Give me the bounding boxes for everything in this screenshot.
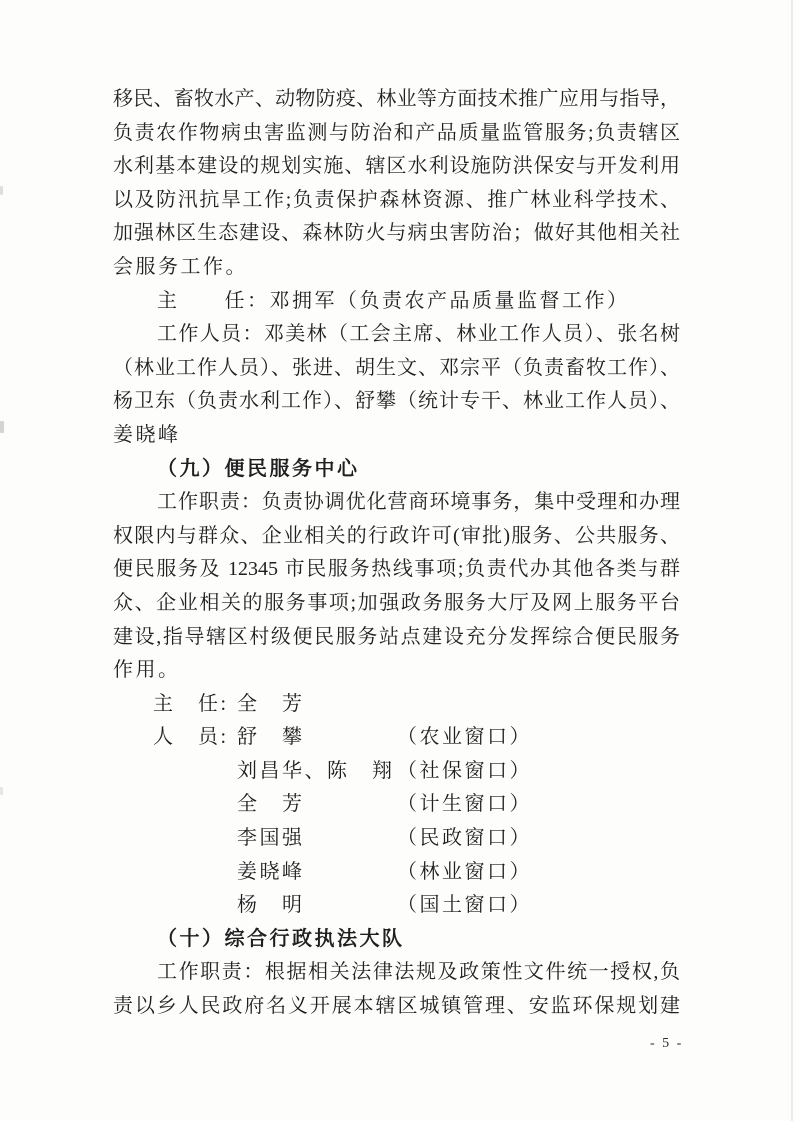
roster-row: 李国强 （民政窗口） [113,822,680,856]
section-heading-10: （十）综合行政执法大队 [113,923,680,957]
staff-line: 工作人员：邓美林（工会主席、林业工作人员）、张名树 [113,318,680,352]
roster-row: 姜晓峰 （林业窗口） [113,856,680,890]
body-line: 水利基本建设的规划实施、辖区水利设施防洪保安与开发利用 [113,150,680,184]
body-line: 建设,指导辖区村级便民服务站点建设充分发挥综合便民服务 [113,621,680,655]
roster-row: 全 芳 （计生窗口） [113,788,680,822]
roster-name: 姜晓峰 [237,856,397,890]
roster-window [397,688,680,722]
section-heading-9: （九）便民服务中心 [113,453,680,487]
roster-name: 李国强 [237,822,397,856]
roster-row: 刘昌华、陈 翔 （社保窗口） [113,755,680,789]
text-block: 移民、畜牧水产、动物防疫、林业等方面技术推广应用与指导， 负责农作物病虫害监测与… [113,83,680,1024]
page-number: - 5 - [650,1036,683,1052]
roster-label: 人 员: [153,721,237,755]
scan-artifact [0,421,4,433]
body-line: 作用。 [113,654,680,688]
body-line: 众、企业相关的服务事项;加强政务服务大厅及网上服务平台 [113,587,680,621]
roster-row: 杨 明 （国土窗口） [113,889,680,923]
roster-row: 人 员: 舒 攀 （农业窗口） [113,721,680,755]
roster-name: 刘昌华、陈 翔 [237,755,397,789]
body-line: 工作职责：负责协调优化营商环境事务，集中受理和办理 [113,486,680,520]
body-line: 会服务工作。 [113,251,680,285]
roster-name: 杨 明 [237,889,397,923]
director-line: 主 任：邓拥军（负责农产品质量监督工作） [113,285,680,319]
document-page: 移民、畜牧水产、动物防疫、林业等方面技术推广应用与指导， 负责农作物病虫害监测与… [0,0,793,1121]
body-line: 负责农作物病虫害监测与防治和产品质量监管服务;负责辖区 [113,117,680,151]
roster-label: 主 任: [153,688,237,722]
body-line: 移民、畜牧水产、动物防疫、林业等方面技术推广应用与指导， [113,83,680,117]
roster-window: （林业窗口） [397,856,680,890]
body-line: 加强林区生态建设、森林防火与病虫害防治；做好其他相关社 [113,217,680,251]
roster-row: 主 任: 全 芳 [113,688,680,722]
body-line: 权限内与群众、企业相关的行政许可(审批)服务、公共服务、 [113,520,680,554]
body-line: 工作职责：根据相关法律法规及政策性文件统一授权,负 [113,956,680,990]
roster-name: 舒 攀 [237,721,397,755]
roster-name: 全 芳 [237,688,397,722]
roster-window: （国土窗口） [397,889,680,923]
roster-label [153,755,237,789]
body-line: 便民服务及 12345 市民服务热线事项;负责代办其他各类与群 [113,553,680,587]
roster-name: 全 芳 [237,788,397,822]
roster-label [153,889,237,923]
scan-artifact [0,787,3,795]
body-line: 责以乡人民政府名义开展本辖区城镇管理、安监环保规划建 [113,990,680,1024]
scan-artifact [0,186,3,195]
roster-window: （社保窗口） [397,755,680,789]
roster-window: （计生窗口） [397,788,680,822]
staff-line: 杨卫东（负责水利工作）、舒攀（统计专干、林业工作人员）、 [113,385,680,419]
roster-window: （农业窗口） [397,721,680,755]
staff-line: （林业工作人员）、张进、胡生文、邓宗平（负责畜牧工作）、 [113,352,680,386]
body-line: 以及防汛抗旱工作;负责保护森林资源、推广林业科学技术、 [113,184,680,218]
roster-label [153,788,237,822]
roster-label [153,822,237,856]
roster-window: （民政窗口） [397,822,680,856]
staff-line: 姜晓峰 [113,419,680,453]
roster-label [153,856,237,890]
